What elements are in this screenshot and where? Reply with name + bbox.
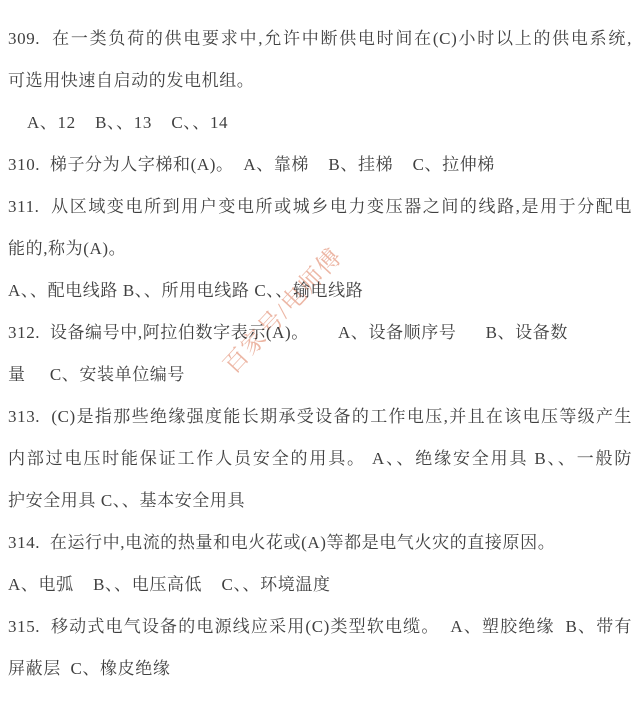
question-block-312: 312. 设备编号中,阿拉伯数字表示(A)。 A、设备顺序号 B、设备数 量 C…: [8, 312, 632, 396]
question-block-314: 314. 在运行中,电流的热量和电火花或(A)等都是电气火灾的直接原因。 A、电…: [8, 522, 632, 606]
document-page: 百家号/电师傅 309. 在一类负荷的供电要求中,允许中断供电时间在(C)小时以…: [0, 0, 640, 720]
questions-list: 309. 在一类负荷的供电要求中,允许中断供电时间在(C)小时以上的供电系统, …: [0, 0, 640, 690]
text-line: 可选用快速自启动的发电机组。: [8, 60, 632, 102]
text-line: 量 C、安装单位编号: [8, 354, 632, 396]
text-line: 护安全用具 C、、基本安全用具: [8, 480, 632, 522]
text-line: 309. 在一类负荷的供电要求中,允许中断供电时间在(C)小时以上的供电系统,: [8, 18, 632, 60]
text-line: 312. 设备编号中,阿拉伯数字表示(A)。 A、设备顺序号 B、设备数: [8, 312, 632, 354]
text-line: 屏蔽层 C、橡皮绝缘: [8, 648, 632, 690]
question-block-311: 311. 从区域变电所到用户变电所或城乡电力变压器之间的线路,是用于分配电 能的…: [8, 186, 632, 312]
options-line: A、12 B、、13 C、、14: [8, 102, 632, 144]
text-line: 311. 从区域变电所到用户变电所或城乡电力变压器之间的线路,是用于分配电: [8, 186, 632, 228]
question-block-309: 309. 在一类负荷的供电要求中,允许中断供电时间在(C)小时以上的供电系统, …: [8, 18, 632, 144]
options-line: A、电弧 B、、电压高低 C、、环境温度: [8, 564, 632, 606]
question-block-315: 315. 移动式电气设备的电源线应采用(C)类型软电缆。 A、塑胶绝缘 B、带有…: [8, 606, 632, 690]
options-line: A、、配电线路 B、、所用电线路 C、、输电线路: [8, 270, 632, 312]
question-block-310: 310. 梯子分为人字梯和(A)。 A、靠梯 B、挂梯 C、拉伸梯: [8, 144, 632, 186]
text-line: 313. (C)是指那些绝缘强度能长期承受设备的工作电压,并且在该电压等级产生: [8, 396, 632, 438]
text-line: 内部过电压时能保证工作人员安全的用具。 A、、绝缘安全用具 B、、一般防: [8, 438, 632, 480]
question-block-313: 313. (C)是指那些绝缘强度能长期承受设备的工作电压,并且在该电压等级产生 …: [8, 396, 632, 522]
text-line: 能的,称为(A)。: [8, 228, 632, 270]
text-line: 315. 移动式电气设备的电源线应采用(C)类型软电缆。 A、塑胶绝缘 B、带有: [8, 606, 632, 648]
text-line: 314. 在运行中,电流的热量和电火花或(A)等都是电气火灾的直接原因。: [8, 522, 632, 564]
text-line: 310. 梯子分为人字梯和(A)。 A、靠梯 B、挂梯 C、拉伸梯: [8, 144, 632, 186]
